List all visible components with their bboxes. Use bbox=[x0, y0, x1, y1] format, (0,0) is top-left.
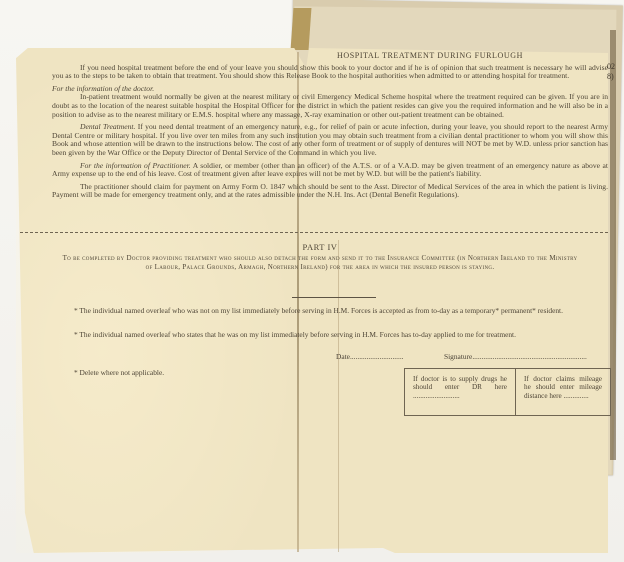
doctor-paragraph: In-patient treatment would normally be g… bbox=[52, 93, 608, 119]
lower-fold bbox=[338, 240, 339, 552]
dental-paragraph: If you need dental treatment of an emerg… bbox=[52, 122, 608, 157]
statement-temporary-resident: * The individual named overleaf who was … bbox=[52, 306, 612, 315]
part-iv-title: PART IV bbox=[60, 243, 580, 252]
mileage-box[interactable]: If doctor claims mileage he should enter… bbox=[515, 368, 611, 416]
part-iv-instructions: To be completed by Doctor providing trea… bbox=[60, 254, 580, 272]
hospital-paragraph: If you need hospital treatment before th… bbox=[52, 64, 608, 81]
divider-rule bbox=[292, 297, 376, 298]
perforation-line bbox=[20, 232, 608, 233]
drugs-box[interactable]: If doctor is to supply drugs he should e… bbox=[404, 368, 516, 416]
section-header: Hospital Treatment During Furlough bbox=[52, 52, 608, 61]
part-iv-header: PART IV To be completed by Doctor provid… bbox=[60, 243, 580, 272]
delete-footnote: * Delete where not applicable. bbox=[74, 368, 374, 377]
date-field[interactable]: Date............................. bbox=[336, 352, 404, 361]
edge-mark: 8) bbox=[607, 72, 614, 81]
torn-tab bbox=[291, 8, 312, 50]
claim-paragraph: The practitioner should claim for paymen… bbox=[52, 183, 608, 200]
signature-field[interactable]: Signature...............................… bbox=[444, 352, 587, 361]
furlough-treatment-section: Hospital Treatment During Furlough If yo… bbox=[52, 52, 608, 204]
statement-on-list: * The individual named overleaf who stat… bbox=[74, 330, 614, 339]
edge-mark: 02 bbox=[607, 62, 615, 71]
